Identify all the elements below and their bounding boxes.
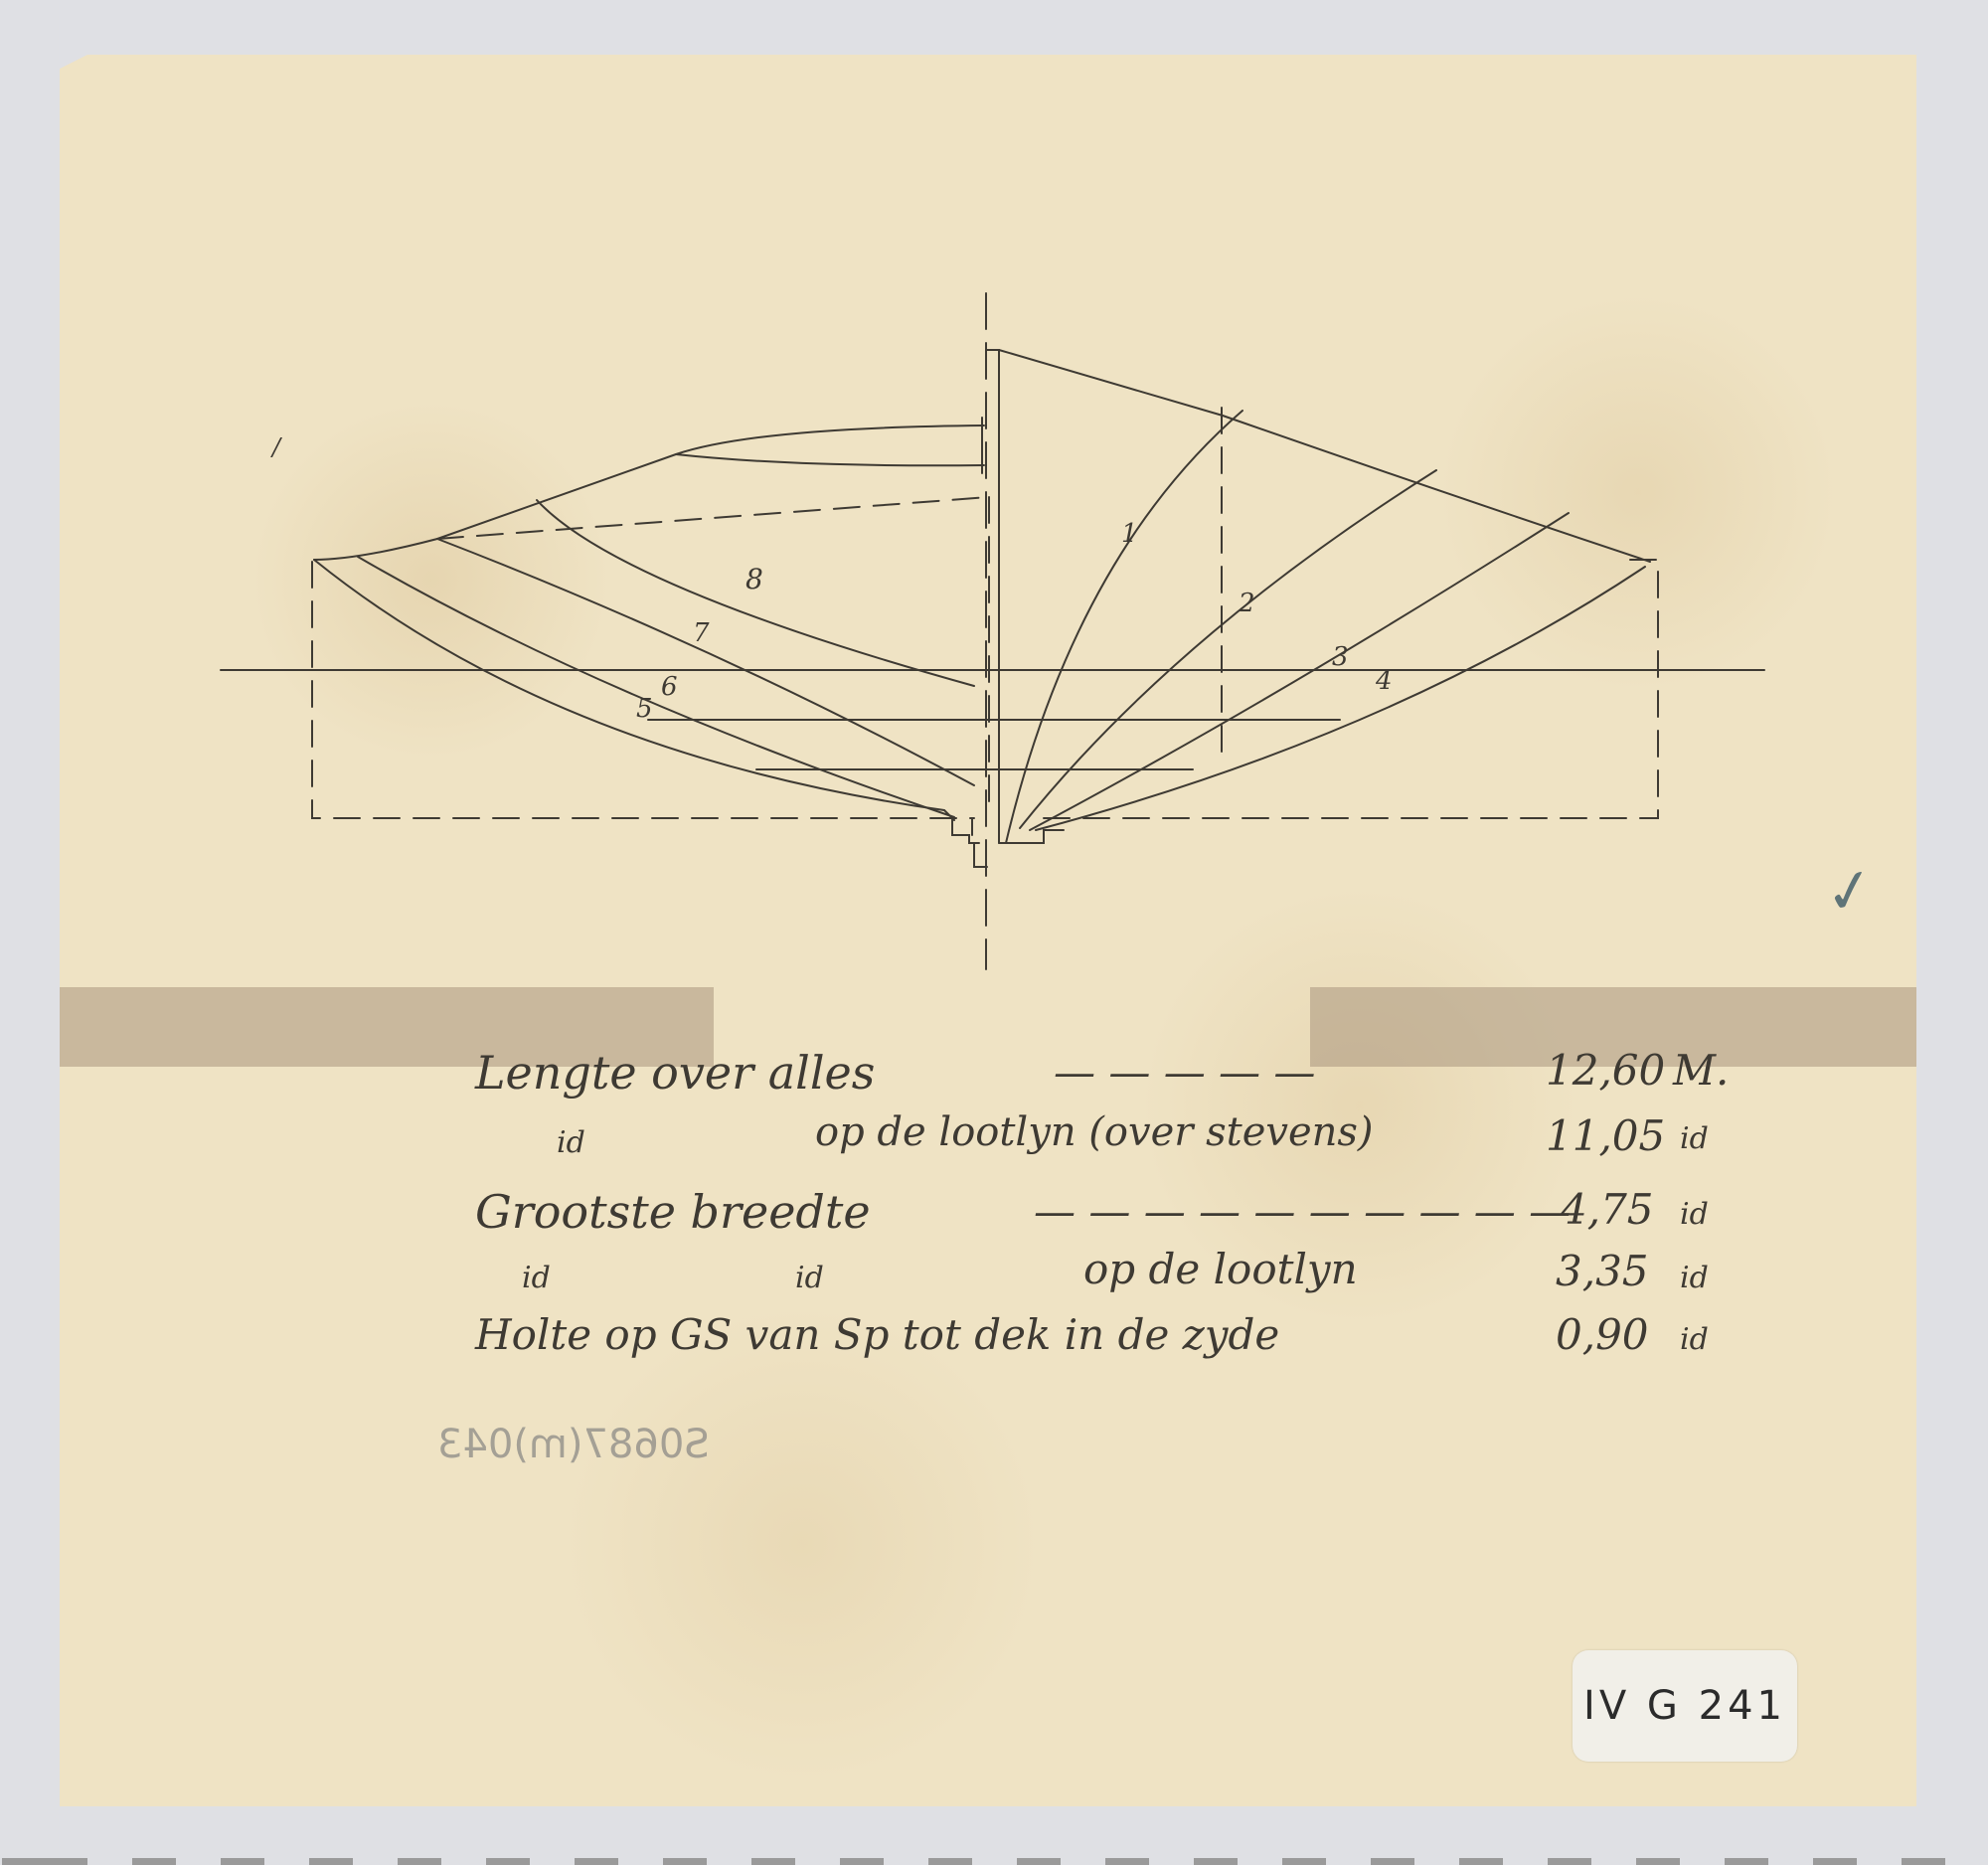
- spec-label-waterline-breadth: op de lootlyn: [1083, 1245, 1358, 1293]
- spec-label-greatest-breadth: Grootste breedte: [475, 1185, 871, 1239]
- spec-unit: id: [1680, 1121, 1709, 1156]
- station-label-6: 6: [661, 672, 678, 702]
- spec-value-depth: 0,90: [1556, 1310, 1649, 1359]
- station-4: [1036, 567, 1645, 830]
- spec-ditto: id: [522, 1261, 551, 1295]
- spec-value-waterline-length: 11,05: [1546, 1111, 1665, 1160]
- station-label-5: 5: [636, 694, 653, 724]
- catalogue-label: IV G 241: [1573, 1650, 1797, 1762]
- station-label-1: 1: [1121, 519, 1138, 549]
- spec-unit: id: [1680, 1261, 1709, 1295]
- spec-unit: id: [1680, 1197, 1709, 1232]
- station-label-8: 8: [745, 563, 763, 595]
- body-plan-drawing: [0, 0, 1988, 1865]
- station-3: [1030, 513, 1569, 830]
- station-6: [358, 557, 954, 817]
- spec-leader: — — — — — — — — — —: [1034, 1187, 1571, 1236]
- spec-value-greatest-breadth: 4,75: [1561, 1185, 1654, 1234]
- station-label-2: 2: [1239, 589, 1255, 618]
- station-label-7: 7: [693, 618, 710, 648]
- spec-value-length-overall: 12,60: [1546, 1046, 1665, 1095]
- catalogue-label-text: IV G 241: [1583, 1683, 1786, 1729]
- spec-label-length-overall: Lengte over alles: [475, 1046, 875, 1100]
- spec-label-depth: Holte op GS van Sp tot dek in de zyde: [475, 1310, 1279, 1359]
- spec-label-waterline-length: op de lootlyn (over stevens): [815, 1109, 1374, 1155]
- station-2: [1020, 470, 1436, 828]
- scan-edge-marks: [0, 1858, 1988, 1865]
- inventory-number-mirrored: S0687(m)043: [437, 1422, 710, 1467]
- spec-unit: M.: [1673, 1046, 1729, 1095]
- spec-unit: id: [1680, 1322, 1709, 1357]
- station-5: [314, 560, 954, 820]
- station-label-4: 4: [1376, 666, 1393, 696]
- spec-ditto: id: [795, 1261, 824, 1295]
- spec-leader: — — — — —: [1054, 1048, 1315, 1097]
- station-label-3: 3: [1332, 642, 1349, 672]
- spec-value-waterline-breadth: 3,35: [1556, 1247, 1649, 1295]
- corner-mark: /: [272, 433, 280, 461]
- spec-ditto: id: [557, 1125, 585, 1160]
